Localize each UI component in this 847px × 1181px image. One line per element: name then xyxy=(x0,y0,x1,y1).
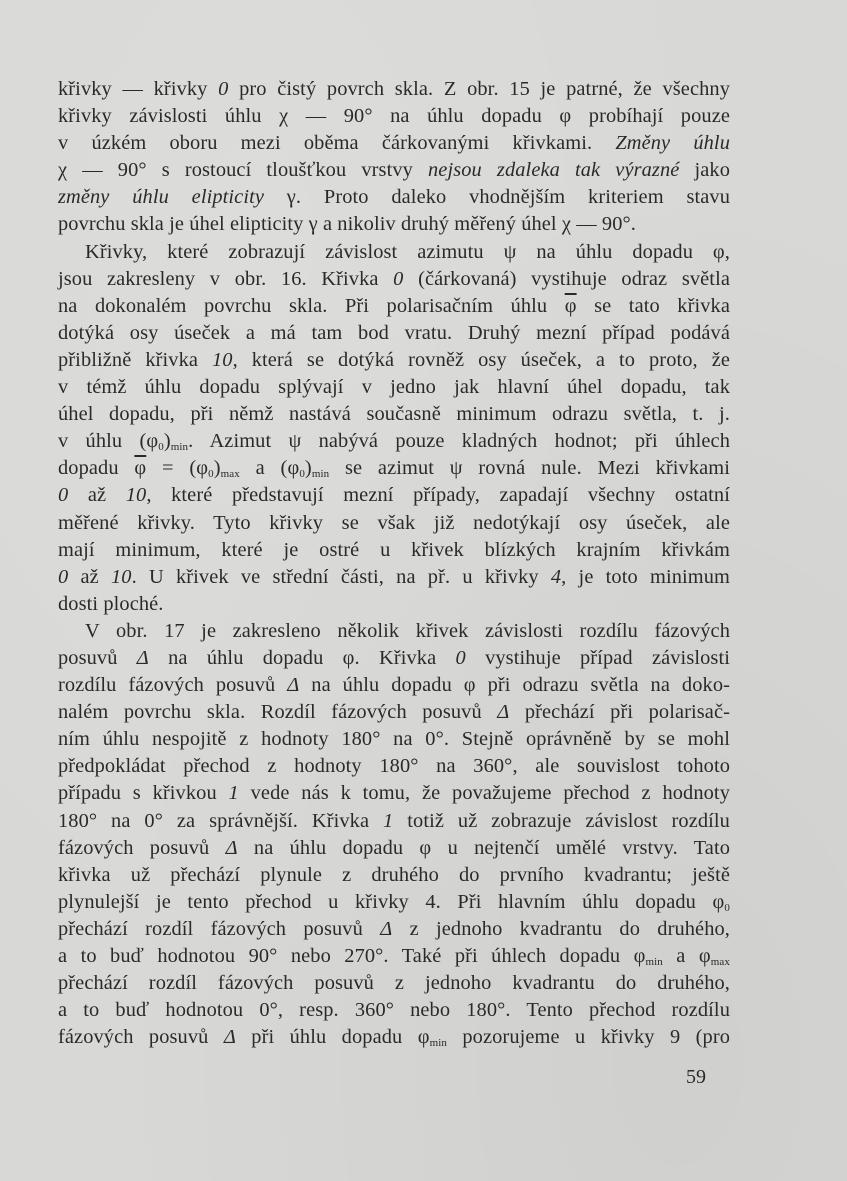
italic-text: Δ xyxy=(226,837,238,859)
italic-text: 10 xyxy=(126,484,147,506)
text-run: Křivky, které zobrazují závislost azimut… xyxy=(85,241,730,263)
italic-text: Δ xyxy=(287,674,299,696)
italic-text: Δ xyxy=(497,701,509,723)
italic-text: Změny úhlu xyxy=(615,132,730,154)
italic-text: 1 xyxy=(229,782,239,804)
text-run: se tato křivka xyxy=(577,295,730,317)
text-run: mají minimum, které je ostré u křivek bl… xyxy=(58,539,730,561)
text-run: pro čistý povrch skla. Z obr. 15 je patr… xyxy=(228,78,730,100)
text-run: plynulejší je tento přechod u křivky 4. … xyxy=(58,891,724,913)
italic-text: 0 xyxy=(456,647,466,669)
text-run: z jednoho kvadrantu do druhého, xyxy=(392,918,730,940)
text-line: přechází rozdíl fázových posuvů Δ z jedn… xyxy=(58,916,730,943)
document-page: křivky — křivky 0 pro čistý povrch skla.… xyxy=(0,0,847,1181)
text-run: rozdílu fázových posuvů xyxy=(58,674,287,696)
text-run: , je toto minimum xyxy=(561,566,730,588)
text-line: a to buď hodnotou 0°, resp. 360° nebo 18… xyxy=(58,997,730,1024)
text-run: V obr. 17 je zakresleno několik křivek z… xyxy=(85,620,730,642)
text-line: dotýká osy úseček a má tam bod vratu. Dr… xyxy=(58,320,730,347)
text-run: totiž už zobrazuje závislost rozdílu xyxy=(393,810,730,832)
text-run: (čárkovaná) vystihuje odraz světla xyxy=(403,268,730,290)
text-run: v úhlu (φ xyxy=(58,430,158,452)
subscript: min xyxy=(430,1037,447,1049)
text-run: křivky závislosti úhlu χ — 90° na úhlu d… xyxy=(58,105,730,127)
subscript: min xyxy=(171,441,188,453)
italic-text: 10 xyxy=(111,566,132,588)
text-run: na dokonalém povrchu skla. Při polarisač… xyxy=(58,295,565,317)
subscript: min xyxy=(312,468,329,480)
page-number: 59 xyxy=(686,1066,706,1089)
text-run: ) xyxy=(164,430,171,452)
text-run: posuvů xyxy=(58,647,137,669)
text-run: = (φ xyxy=(146,457,208,479)
text-line: křivky závislosti úhlu χ — 90° na úhlu d… xyxy=(58,103,730,130)
text-run: v témž úhlu dopadu splývají v jedno jak … xyxy=(58,376,730,398)
text-line: úhel dopadu, při němž nastává současně m… xyxy=(58,401,730,428)
text-run: . Azimut ψ nabývá pouze kladných hodnot;… xyxy=(188,430,730,452)
italic-text: 10 xyxy=(212,349,233,371)
text-run: a to buď hodnotou 90° nebo 270°. Také př… xyxy=(58,945,645,967)
text-line: nalém povrchu skla. Rozdíl fázových posu… xyxy=(58,699,730,726)
text-line: fázových posuvů Δ na úhlu dopadu φ u nej… xyxy=(58,835,730,862)
text-line: dosti ploché. xyxy=(58,591,730,618)
text-run: dosti ploché. xyxy=(58,593,164,615)
text-run: , která se dotýká rovněž osy úseček, a t… xyxy=(233,349,730,371)
text-run: nalém povrchu skla. Rozdíl fázových posu… xyxy=(58,701,497,723)
text-line: povrchu skla je úhel elipticity γ a niko… xyxy=(58,211,730,238)
text-line: změny úhlu elipticity γ. Proto daleko vh… xyxy=(58,184,730,211)
text-run: dotýká osy úseček a má tam bod vratu. Dr… xyxy=(58,322,730,344)
text-run: . U křivek ve střední části, na př. u kř… xyxy=(132,566,551,588)
text-line: rozdílu fázových posuvů Δ na úhlu dopadu… xyxy=(58,672,730,699)
text-line: V obr. 17 je zakresleno několik křivek z… xyxy=(58,618,730,645)
text-line: případu s křivkou 1 vede nás k tomu, že … xyxy=(58,780,730,807)
text-run: případu s křivkou xyxy=(58,782,229,804)
text-run: vede nás k tomu, že považujeme přechod z… xyxy=(239,782,730,804)
text-line: na dokonalém povrchu skla. Při polarisač… xyxy=(58,293,730,320)
text-run: křivka už přechází plynule z druhého do … xyxy=(58,864,730,886)
text-line: 0 až 10, které představují mezní případy… xyxy=(58,482,730,509)
text-line: χ — 90° s rostoucí tloušťkou vrstvy nejs… xyxy=(58,157,730,184)
text-run: přechází rozdíl fázových posuvů z jednoh… xyxy=(58,972,730,994)
text-run: vystihuje případ závislosti xyxy=(466,647,730,669)
text-run: měřené křivky. Tyto křivky se však již n… xyxy=(58,512,730,534)
text-line: ním úhlu nespojitě z hodnoty 180° na 0°.… xyxy=(58,726,730,753)
italic-text: 1 xyxy=(383,810,393,832)
text-run: při úhlu dopadu φ xyxy=(236,1026,430,1048)
text-run: χ — 90° s rostoucí tloušťkou vrstvy xyxy=(58,159,428,181)
subscript: max xyxy=(221,468,240,480)
text-line: přibližně křivka 10, která se dotýká rov… xyxy=(58,347,730,374)
text-line: v úzkém oboru mezi oběma čárkovanými kři… xyxy=(58,130,730,157)
text-run: 180° na 0° za správnější. Křivka xyxy=(58,810,383,832)
text-run: ) xyxy=(214,457,221,479)
text-run: až xyxy=(68,566,111,588)
text-run: jako xyxy=(679,159,730,181)
text-run: až xyxy=(68,484,125,506)
text-run: ním úhlu nespojitě z hodnoty 180° na 0°.… xyxy=(58,728,730,750)
text-run: přechází při polarisač- xyxy=(509,701,730,723)
text-line: v témž úhlu dopadu splývají v jedno jak … xyxy=(58,374,730,401)
text-run: předpokládat přechod z hodnoty 180° na 3… xyxy=(58,755,730,777)
text-run: na úhlu dopadu φ. Křivka xyxy=(149,647,456,669)
text-line: v úhlu (φ0)min. Azimut ψ nabývá pouze kl… xyxy=(58,428,730,455)
text-line: 0 až 10. U křivek ve střední části, na p… xyxy=(58,564,730,591)
text-run: v úzkém oboru mezi oběma čárkovanými kři… xyxy=(58,132,615,154)
text-line: dopadu φ = (φ0)max a (φ0)min se azimut ψ… xyxy=(58,455,730,482)
italic-text: změny úhlu elipticity xyxy=(58,186,264,208)
text-run: dopadu xyxy=(58,457,134,479)
text-run: a φ xyxy=(663,945,711,967)
overline-symbol: φ xyxy=(134,457,146,479)
text-line: plynulejší je tento přechod u křivky 4. … xyxy=(58,889,730,916)
text-run: pozorujeme u křivky 9 (pro xyxy=(447,1026,730,1048)
text-run: povrchu skla je úhel elipticity γ a niko… xyxy=(58,213,636,235)
italic-text: 0 xyxy=(218,78,228,100)
text-run: na úhlu dopadu φ při odrazu světla na do… xyxy=(299,674,730,696)
italic-text: Δ xyxy=(224,1026,236,1048)
text-run: přechází rozdíl fázových posuvů xyxy=(58,918,380,940)
text-line: Křivky, které zobrazují závislost azimut… xyxy=(58,239,730,266)
italic-text: Δ xyxy=(137,647,149,669)
text-run: , které představují mezní případy, zapad… xyxy=(146,484,730,506)
italic-text: 0 xyxy=(58,484,68,506)
italic-text: Δ xyxy=(380,918,392,940)
text-run: a (φ xyxy=(240,457,299,479)
text-run: γ. Proto daleko vhodnějším kriteriem sta… xyxy=(264,186,730,208)
text-line: a to buď hodnotou 90° nebo 270°. Také př… xyxy=(58,943,730,970)
italic-text: nejsou zdaleka tak výrazné xyxy=(428,159,679,181)
overline-symbol: φ xyxy=(565,295,577,317)
text-line: předpokládat přechod z hodnoty 180° na 3… xyxy=(58,753,730,780)
text-run: přibližně křivka xyxy=(58,349,212,371)
text-line: přechází rozdíl fázových posuvů z jednoh… xyxy=(58,970,730,997)
text-run: a to buď hodnotou 0°, resp. 360° nebo 18… xyxy=(58,999,730,1021)
text-line: posuvů Δ na úhlu dopadu φ. Křivka 0 vyst… xyxy=(58,645,730,672)
text-run: fázových posuvů xyxy=(58,837,226,859)
text-line: fázových posuvů Δ při úhlu dopadu φmin p… xyxy=(58,1024,730,1051)
subscript: 0 xyxy=(724,902,730,914)
text-run: se azimut ψ rovná nule. Mezi křivkami xyxy=(329,457,730,479)
italic-text: 0 xyxy=(58,566,68,588)
text-run: úhel dopadu, při němž nastává současně m… xyxy=(58,403,730,425)
subscript: min xyxy=(645,956,662,968)
text-line: křivky — křivky 0 pro čistý povrch skla.… xyxy=(58,76,730,103)
text-line: 180° na 0° za správnější. Křivka 1 totiž… xyxy=(58,808,730,835)
text-run: jsou zakresleny v obr. 16. Křivka xyxy=(58,268,393,290)
text-run: fázových posuvů xyxy=(58,1026,224,1048)
text-run: na úhlu dopadu φ u nejtenčí umělé vrstvy… xyxy=(238,837,730,859)
text-line: mají minimum, které je ostré u křivek bl… xyxy=(58,537,730,564)
italic-text: 0 xyxy=(393,268,403,290)
text-line: měřené křivky. Tyto křivky se však již n… xyxy=(58,510,730,537)
italic-text: 4 xyxy=(551,566,561,588)
text-run: ) xyxy=(305,457,312,479)
text-run: křivky — křivky xyxy=(58,78,218,100)
subscript: max xyxy=(711,956,730,968)
text-line: jsou zakresleny v obr. 16. Křivka 0 (čár… xyxy=(58,266,730,293)
body-text: křivky — křivky 0 pro čistý povrch skla.… xyxy=(58,76,730,1051)
text-line: křivka už přechází plynule z druhého do … xyxy=(58,862,730,889)
